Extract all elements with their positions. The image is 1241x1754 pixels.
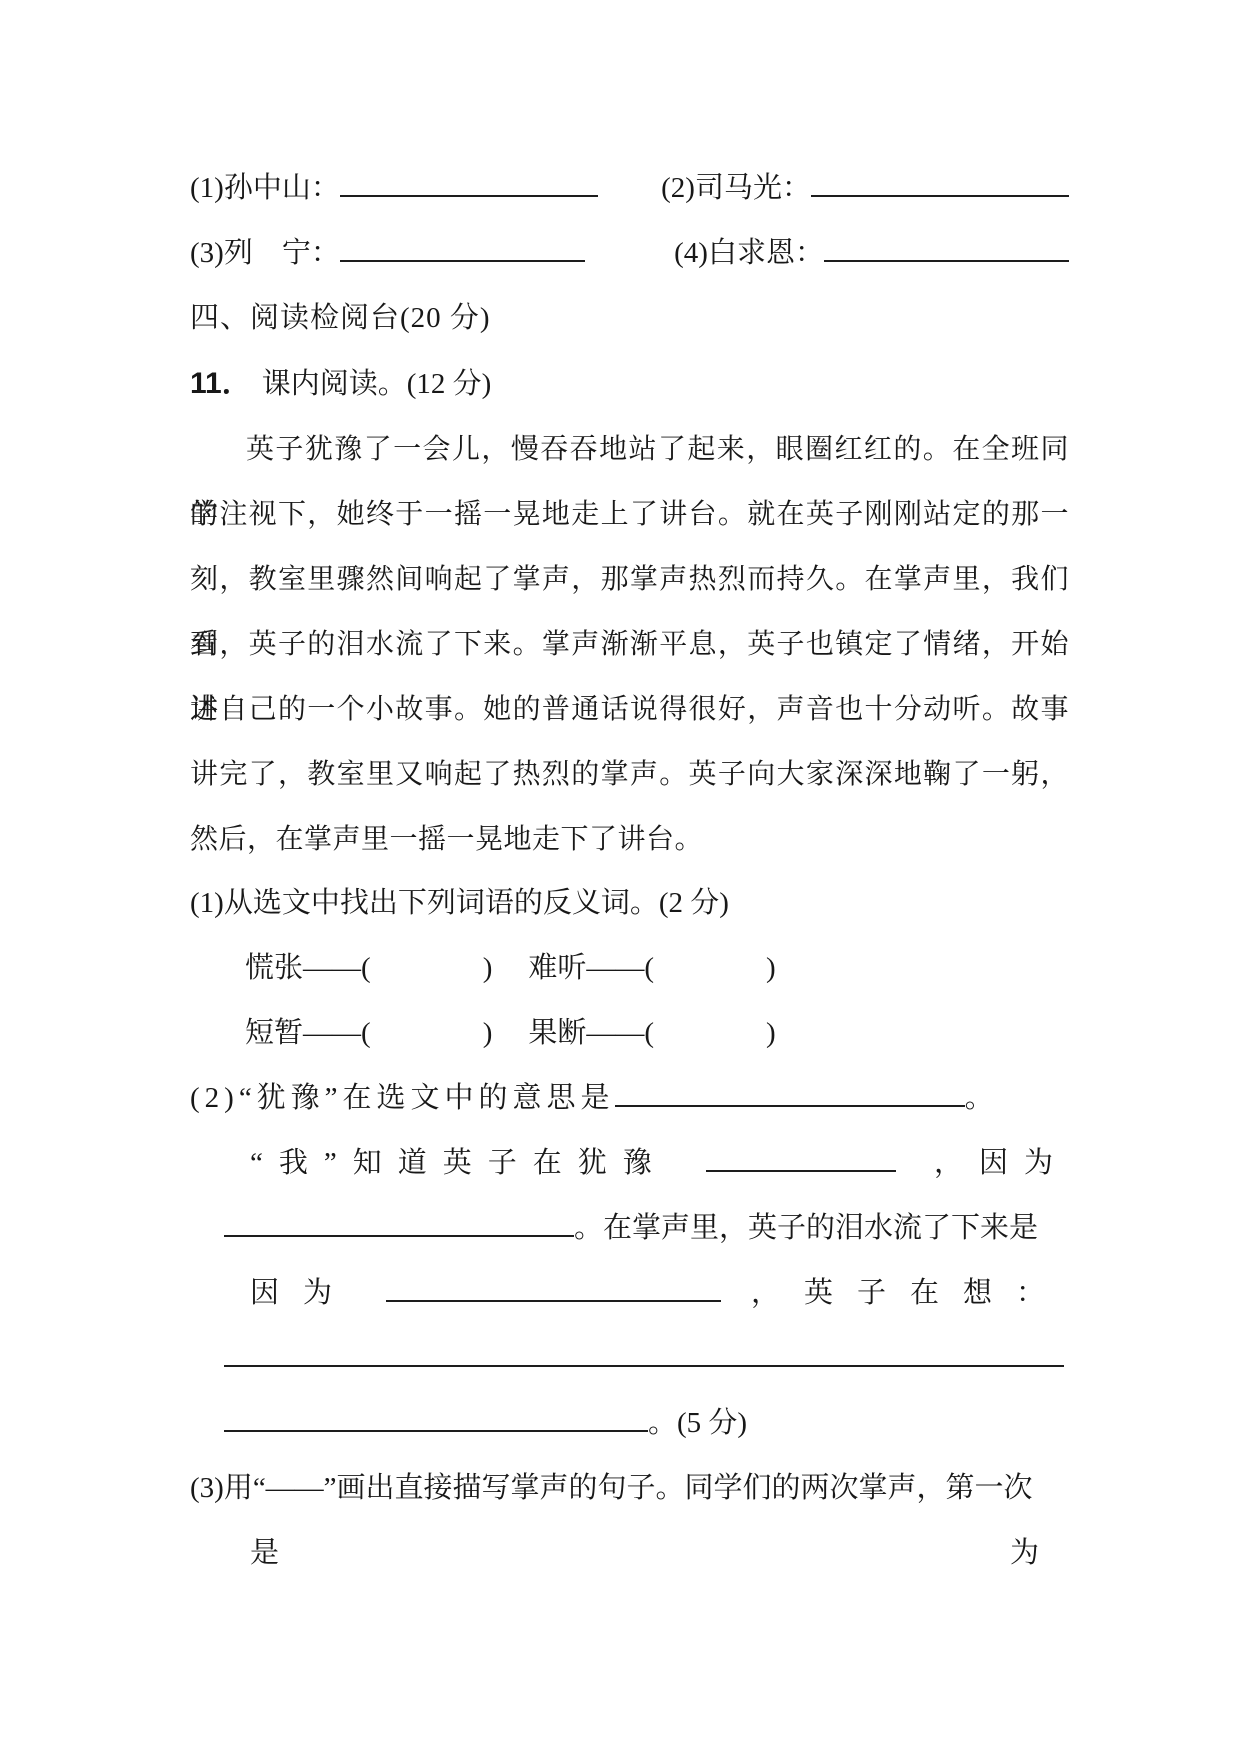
- answer-blank: [224, 1396, 648, 1432]
- item-number: (2): [661, 172, 695, 204]
- answer-blank: [386, 1266, 721, 1302]
- colon: ：: [795, 237, 824, 269]
- em-dash: ——: [303, 1017, 361, 1049]
- colon: ：: [311, 237, 340, 269]
- passage-line: 英子犹豫了一会儿，慢吞吞地站了起来，眼圈红红的。在全班同学: [190, 416, 1069, 481]
- fill-blank-item-3: (3)列 宁：: [190, 221, 585, 286]
- question-number: 11．: [190, 367, 252, 400]
- fill-blank-item-1: (1)孙中山：: [190, 156, 598, 221]
- paren-open: (: [361, 1017, 371, 1049]
- worksheet-page: (1)孙中山： (2)司马光： (3)列 宁： (4)白求恩： 四、阅读检阅台(…: [0, 0, 1241, 1754]
- paren-close: ): [766, 1017, 776, 1049]
- antonym-word: 短暂: [245, 1017, 303, 1049]
- text-segment: “我”知道英子在犹豫: [250, 1131, 668, 1196]
- antonym-pair: 短暂——(): [245, 1001, 492, 1066]
- question-title: 课内阅读。(12 分): [262, 368, 492, 400]
- text-segment: 为: [1010, 1521, 1039, 1586]
- person-name: 列 宁: [224, 237, 311, 269]
- sub-question-2-line-4: 因为，英子在想：: [250, 1261, 1069, 1326]
- name-blanks-row-2: (3)列 宁： (4)白求恩：: [190, 221, 1069, 286]
- sub-question-3-prompt: (3)用“——”画出直接描写掌声的句子。同学们的两次掌声，第一次: [190, 1456, 1069, 1521]
- sub-question-2-line-5: [224, 1326, 1069, 1391]
- em-dash: ——: [303, 952, 361, 984]
- em-dash: ——: [586, 952, 644, 984]
- person-name: 孙中山: [224, 172, 311, 204]
- antonym-word: 果断: [528, 1017, 586, 1049]
- paren-close: ): [483, 952, 493, 984]
- answer-blank: [615, 1071, 965, 1107]
- answer-blank: [824, 226, 1069, 262]
- item-number: (4): [674, 237, 708, 269]
- passage-line: 述自己的一个小故事。她的普通话说得很好，声音也十分动听。故事: [190, 676, 1069, 741]
- antonym-word: 难听: [528, 952, 586, 984]
- text-segment: 。在掌声里，英子的泪水流了下来是: [574, 1212, 1038, 1244]
- passage-line: 然后，在掌声里一摇一晃地走下了讲台。: [190, 806, 1069, 871]
- text-segment: 。: [965, 1082, 994, 1114]
- text-segment: 因为: [250, 1261, 356, 1326]
- antonym-pair: 难听——(): [528, 936, 775, 1001]
- em-dash: ——: [586, 1017, 644, 1049]
- fill-blank-item-4: (4)白求恩：: [674, 221, 1069, 286]
- antonym-pair: 慌张——(): [245, 936, 492, 1001]
- question-11-heading: 11．课内阅读。(12 分): [190, 351, 1069, 416]
- paren-open: (: [644, 1017, 654, 1049]
- sub-question-2-line-2: “我”知道英子在犹豫，因为: [250, 1131, 1069, 1196]
- antonym-row-2: 短暂——() 果断——(): [190, 1001, 1069, 1066]
- paren-open: (: [644, 952, 654, 984]
- colon: ：: [311, 172, 340, 204]
- passage-line: 刻，教室里骤然间响起了掌声，那掌声热烈而持久。在掌声里，我们看: [190, 546, 1069, 611]
- text-segment: ，因为: [934, 1131, 1069, 1196]
- text-segment: (2)“犹豫”在选文中的意思是: [190, 1082, 615, 1114]
- person-name: 司马光: [695, 172, 782, 204]
- paren-close: ): [483, 1017, 493, 1049]
- answer-blank: [811, 161, 1069, 197]
- item-number: (3): [190, 237, 224, 269]
- passage-line: 讲完了，教室里又响起了热烈的掌声。英子向大家深深地鞠了一躬，: [190, 741, 1069, 806]
- sub-question-2-line-6: 。(5 分): [224, 1391, 1069, 1456]
- fill-blank-item-2: (2)司马光：: [661, 156, 1069, 221]
- answer-blank: [340, 161, 598, 197]
- answer-blank: [706, 1136, 896, 1172]
- paren-close: ): [766, 952, 776, 984]
- section-heading: 四、阅读检阅台(20 分): [190, 286, 1069, 351]
- answer-blank: [224, 1331, 1064, 1367]
- reading-passage: 英子犹豫了一会儿，慢吞吞地站了起来，眼圈红红的。在全班同学 的注视下，她终于一摇…: [190, 416, 1069, 871]
- sub-question-2-line-1: (2)“犹豫”在选文中的意思是。: [190, 1066, 1069, 1131]
- sub-question-2-line-3: 。在掌声里，英子的泪水流了下来是: [224, 1196, 1069, 1261]
- text-segment: 是: [250, 1521, 279, 1586]
- sub-question-1-prompt: (1)从选文中找出下列词语的反义词。(2 分): [190, 871, 1069, 936]
- name-blanks-row-1: (1)孙中山： (2)司马光：: [190, 156, 1069, 221]
- antonym-row-1: 慌张——() 难听——(): [190, 936, 1069, 1001]
- text-segment: 。(5 分): [648, 1407, 747, 1439]
- passage-line: 的注视下，她终于一摇一晃地走上了讲台。就在英子刚刚站定的那一: [190, 481, 1069, 546]
- passage-line: 到，英子的泪水流了下来。掌声渐渐平息，英子也镇定了情绪，开始讲: [190, 611, 1069, 676]
- answer-blank: [224, 1201, 574, 1237]
- item-number: (1): [190, 172, 224, 204]
- colon: ：: [782, 172, 811, 204]
- antonym-word: 慌张: [245, 952, 303, 984]
- sub-question-3-line-2: 是为: [250, 1521, 1039, 1586]
- text-segment: ，英子在想：: [751, 1261, 1069, 1326]
- answer-blank: [340, 226, 585, 262]
- paren-open: (: [361, 952, 371, 984]
- antonym-pair: 果断——(): [528, 1001, 775, 1066]
- person-name: 白求恩: [708, 237, 795, 269]
